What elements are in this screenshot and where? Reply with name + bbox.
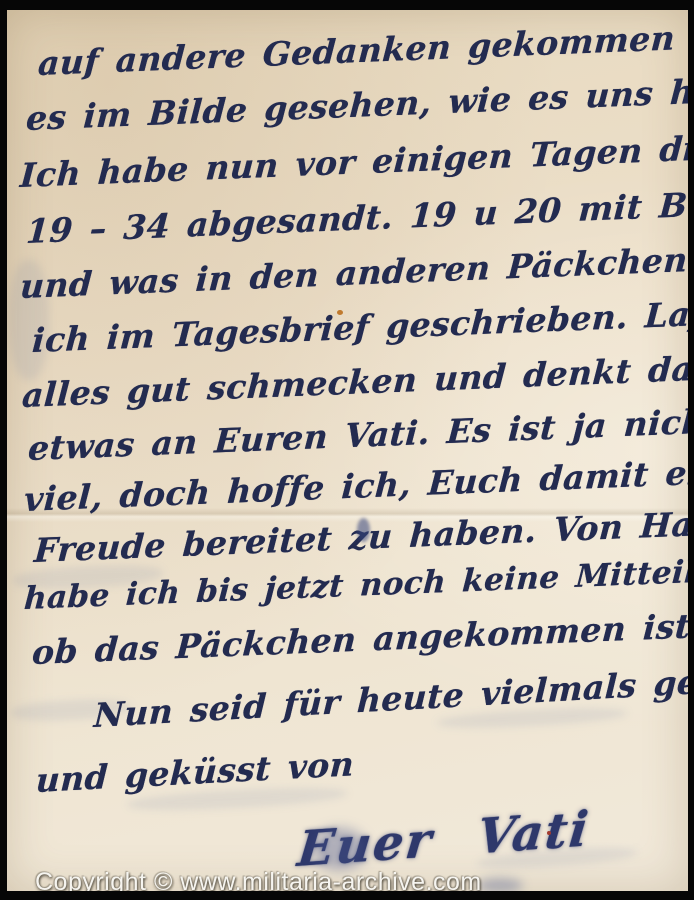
handwritten-line: Nun seid für heute vielmals gegrüßt: [93, 656, 688, 735]
ink-blot: [357, 518, 370, 542]
ink-smudge: [477, 878, 523, 891]
handwritten-line: 19 – 34 abgesandt. 19 u 20 mit Butter.: [25, 181, 688, 251]
copyright-watermark: Copyright © www.militaria-archive.com: [35, 868, 482, 891]
letter-page: auf andere Gedanken gekommen und habe es…: [7, 10, 688, 891]
handwritten-line: ob das Päckchen angekommen ist.: [31, 606, 688, 672]
handwritten-line: alles gut schmecken und denkt dabei: [21, 347, 688, 415]
red-speck: [547, 831, 551, 835]
ink-smudge: [312, 828, 367, 870]
handwritten-line: auf andere Gedanken gekommen und habe: [37, 10, 688, 83]
scanned-letter-photo: auf andere Gedanken gekommen und habe es…: [0, 0, 694, 900]
rust-stain: [337, 310, 343, 315]
